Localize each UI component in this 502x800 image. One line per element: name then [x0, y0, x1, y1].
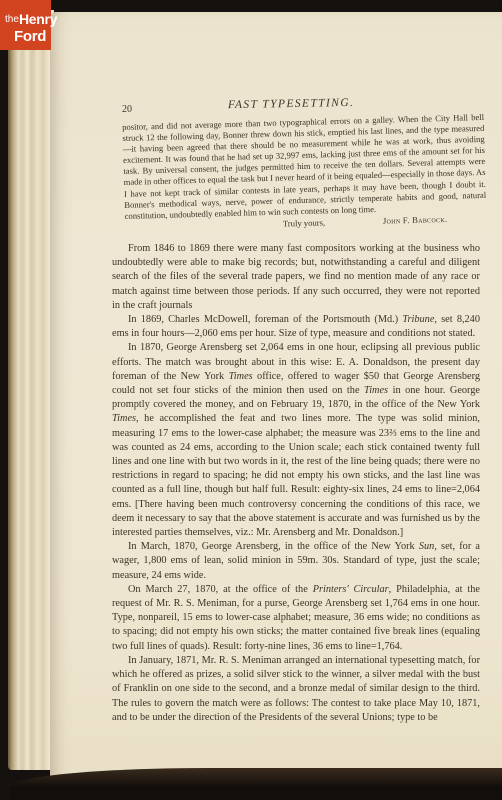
book-page-edges — [8, 10, 54, 770]
page-bottom-shadow — [10, 768, 502, 800]
paragraph: On March 27, 1870, at the office of the … — [112, 583, 480, 654]
page-number: 20 — [122, 104, 132, 115]
paragraph: In 1869, Charles McDowell, foreman of th… — [112, 313, 480, 341]
running-head: 20 FAST TYPESETTING. — [122, 92, 492, 112]
logo-henry: Henry — [19, 12, 57, 26]
paragraph: In March, 1870, George Arensberg, in the… — [112, 540, 480, 583]
letter-closing: Truly yours, — [283, 217, 325, 229]
henry-ford-logo: the Henry Ford — [0, 0, 51, 50]
paragraph: In 1870, George Arensberg set 2,064 ems … — [112, 341, 480, 540]
quoted-letter: positor, and did not average more than t… — [122, 112, 487, 235]
paragraph: From 1846 to 1869 there were many fast c… — [112, 242, 480, 313]
letter-author: John F. Babcock. — [383, 214, 448, 227]
logo-ford: Ford — [14, 29, 46, 44]
letter-text: positor, and did not average more than t… — [122, 112, 487, 222]
logo-the: the — [5, 15, 19, 25]
body-text: From 1846 to 1869 there were many fast c… — [112, 242, 480, 725]
running-title: FAST TYPESETTING. — [228, 97, 354, 111]
paragraph: In January, 1871, Mr. R. S. Meniman arra… — [112, 654, 480, 725]
